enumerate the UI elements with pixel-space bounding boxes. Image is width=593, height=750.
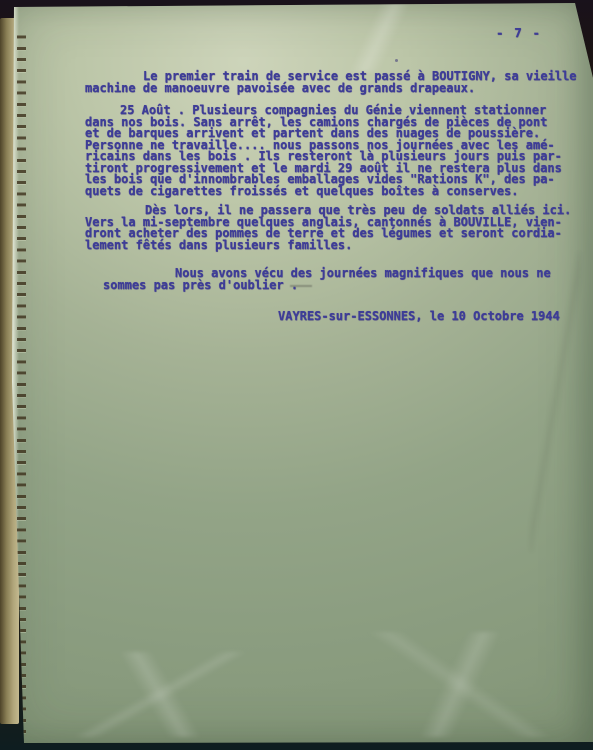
- typewritten-line: quets de cigarettes froissés et quelques…: [85, 186, 562, 198]
- typewritten-line: lement fêtés dans plusieurs familles.: [85, 240, 571, 252]
- dateline: VAYRES-sur-ESSONNES, le 10 Octobre 1944: [278, 309, 560, 323]
- typewritten-paragraph: 25 Août . Plusieurs compagnies du Génie …: [85, 105, 562, 197]
- document-page: - 7 - Le premier train de service est pa…: [10, 2, 593, 744]
- page-number: - 7 -: [496, 25, 542, 40]
- ink-speck: [395, 59, 398, 62]
- paper-crease: [340, 632, 580, 737]
- typewritten-paragraph: Nous avons vécu des journées magnifiques…: [85, 268, 551, 291]
- paper-crease: [300, 2, 460, 72]
- pencil-mark: [290, 285, 312, 287]
- typewritten-paragraph: Dès lors, il ne passera que très peu de …: [85, 205, 571, 251]
- typewritten-paragraph: Le premier train de service est passé à …: [85, 71, 576, 94]
- typewritten-line: sommes pas près d'oublier .: [103, 280, 551, 292]
- typewritten-line: machine de manoeuvre pavoisée avec de gr…: [85, 83, 576, 95]
- paper-crease: [530, 252, 580, 552]
- paper-crease: [40, 652, 280, 737]
